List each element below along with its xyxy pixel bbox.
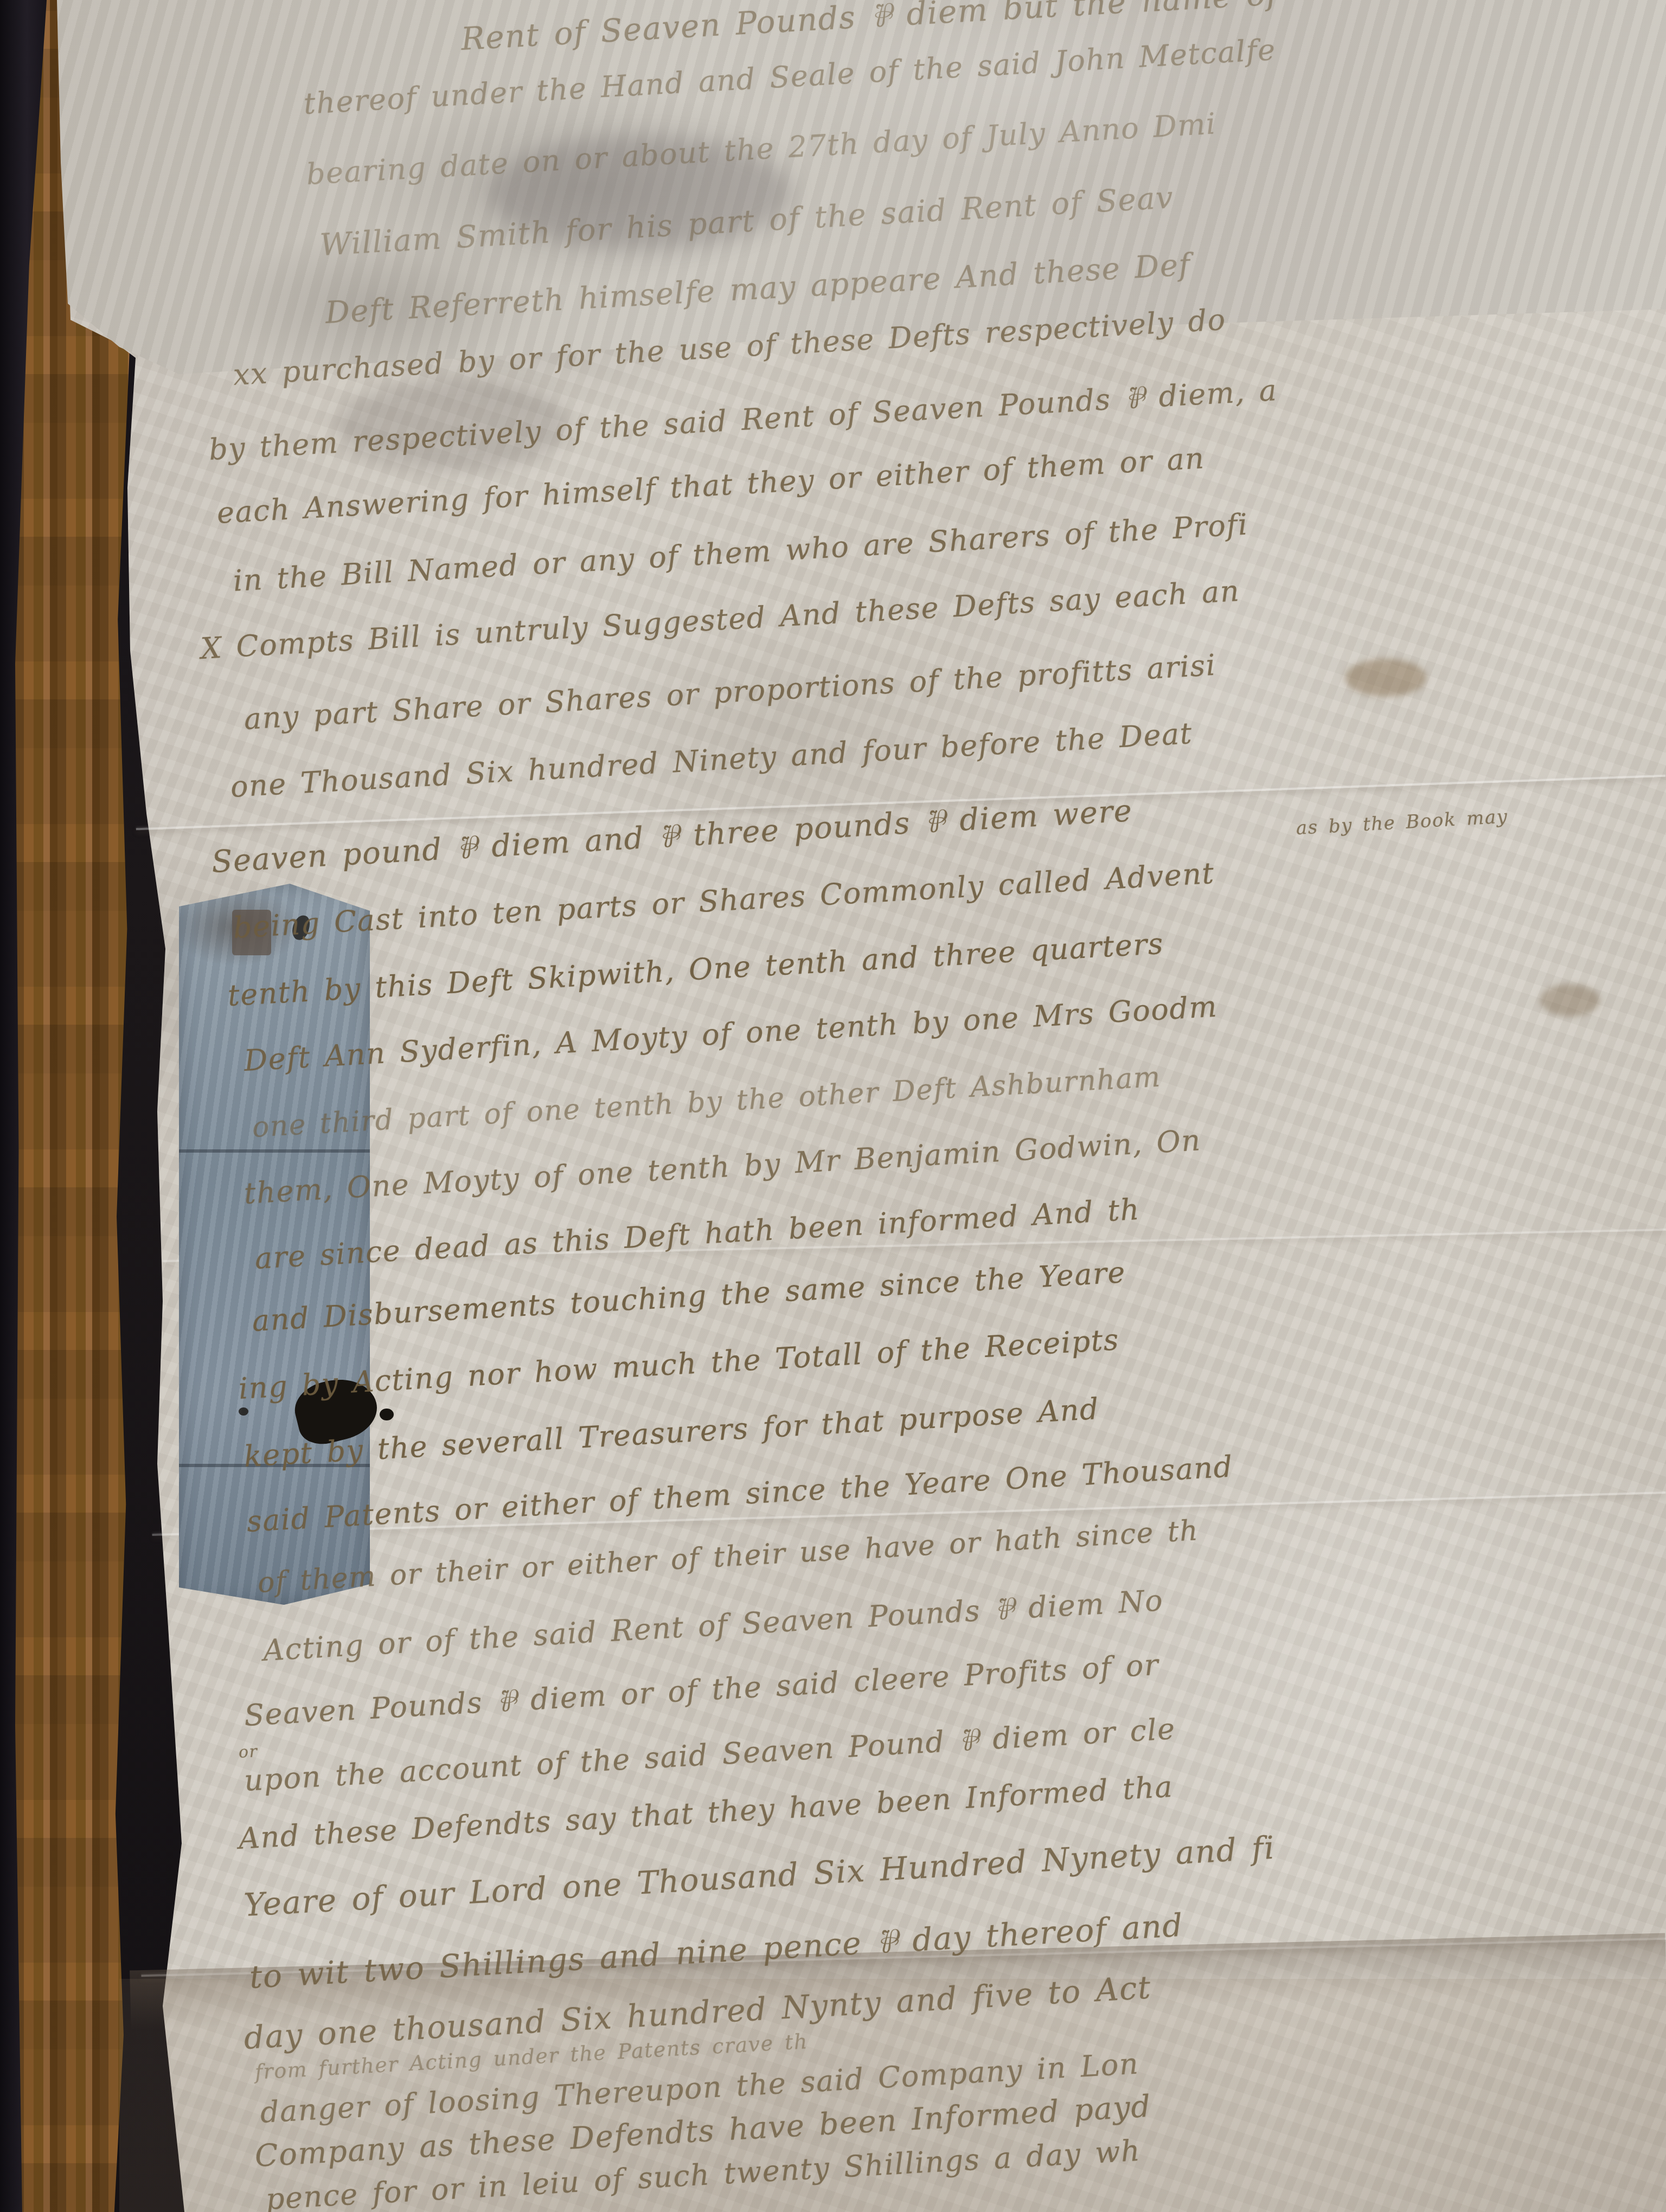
manuscript-line: Seaven pound ⅌ diem and ⅌ three pounds ⅌… [210,789,1133,882]
manuscript-line: one third part of one tenth by the other… [251,1060,1162,1144]
manuscript-line: thereof under the Hand and Seale of the … [303,33,1277,121]
manuscript-line: bearing date on or about the 27th day of… [305,106,1217,191]
manuscript-line: one Thousand Six hundred Ninety and four… [229,716,1193,804]
manuscript-line: William Smith for his part of the said R… [319,180,1175,263]
handwritten-text-layer: Rent of Seaven Pounds ⅌ diem but the nam… [0,0,1666,2212]
interlinear-note: as by the Book may [1296,806,1508,839]
manuscript-line: kept by the severall Treasurers for that… [243,1392,1100,1474]
manuscript-line: ing by Acting nor how much the Totall of… [238,1322,1120,1406]
photograph-of-manuscript: Rent of Seaven Pounds ⅌ diem but the nam… [0,0,1666,2212]
